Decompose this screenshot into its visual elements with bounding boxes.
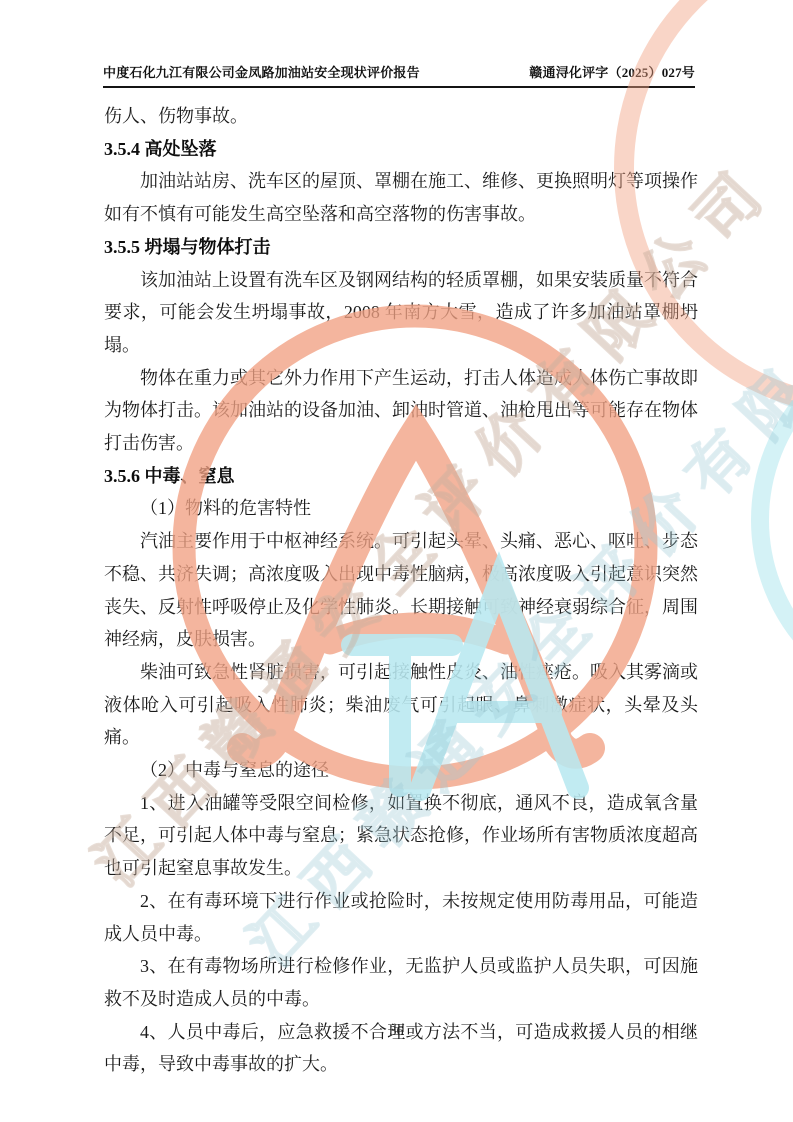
cyan-arc	[760, 335, 793, 705]
document-page: 中度石化九江有限公司金凤路加油站安全现状评价报告 赣通浔化评字（2025）027…	[0, 0, 793, 1122]
section-heading: 3.5.5 坍塌与物体打击	[104, 231, 698, 264]
body-paragraph: 1、进入油罐等受限空间检修，如置换不彻底，通风不良，造成氧含量不足，可引起人体中…	[104, 787, 698, 885]
body-paragraph: 2、在有毒环境下进行作业或抢险时，未按规定使用防毒用品，可能造成人员中毒。	[104, 885, 698, 950]
body-text: 伤人、伤物事故。3.5.4 高处坠落加油站站房、洗车区的屋顶、罩棚在施工、维修、…	[104, 100, 698, 1081]
body-paragraph: 伤人、伤物事故。	[104, 100, 698, 133]
section-heading: 3.5.4 高处坠落	[104, 133, 698, 166]
body-paragraph: （2）中毒与窒息的途径	[104, 754, 698, 787]
body-paragraph: 物体在重力或其它外力作用下产生运动，打击人体造成人体伤亡事故即为物体打击。该加油…	[104, 362, 698, 460]
header-doc-number: 赣通浔化评字（2025）027号	[529, 62, 695, 81]
body-paragraph: 汽油主要作用于中枢神经系统。可引起头晕、头痛、恶心、呕吐、步态不稳、共济失调；高…	[104, 525, 698, 656]
body-paragraph: （1）物料的危害特性	[104, 492, 698, 525]
body-paragraph: 加油站站房、洗车区的屋顶、罩棚在施工、维修、更换照明灯等项操作如有不慎有可能发生…	[104, 165, 698, 230]
header-report-title: 中度石化九江有限公司金凤路加油站安全现状评价报告	[103, 62, 420, 81]
body-paragraph: 3、在有毒物场所进行检修作业，无监护人员或监护人员失职，可因施救不及时造成人员的…	[104, 950, 698, 1015]
body-paragraph: 柴油可致急性肾脏损害，可引起接触性皮炎、油性痤疮。吸入其雾滴或液体呛入可引起吸入…	[104, 656, 698, 754]
page-number: 36	[0, 1024, 793, 1040]
page-header: 中度石化九江有限公司金凤路加油站安全现状评价报告 赣通浔化评字（2025）027…	[103, 62, 695, 88]
body-paragraph: 该加油站上设置有洗车区及钢网结构的轻质罩棚，如果安装质量不符合要求，可能会发生坍…	[104, 264, 698, 362]
section-heading: 3.5.6 中毒、窒息	[104, 460, 698, 493]
